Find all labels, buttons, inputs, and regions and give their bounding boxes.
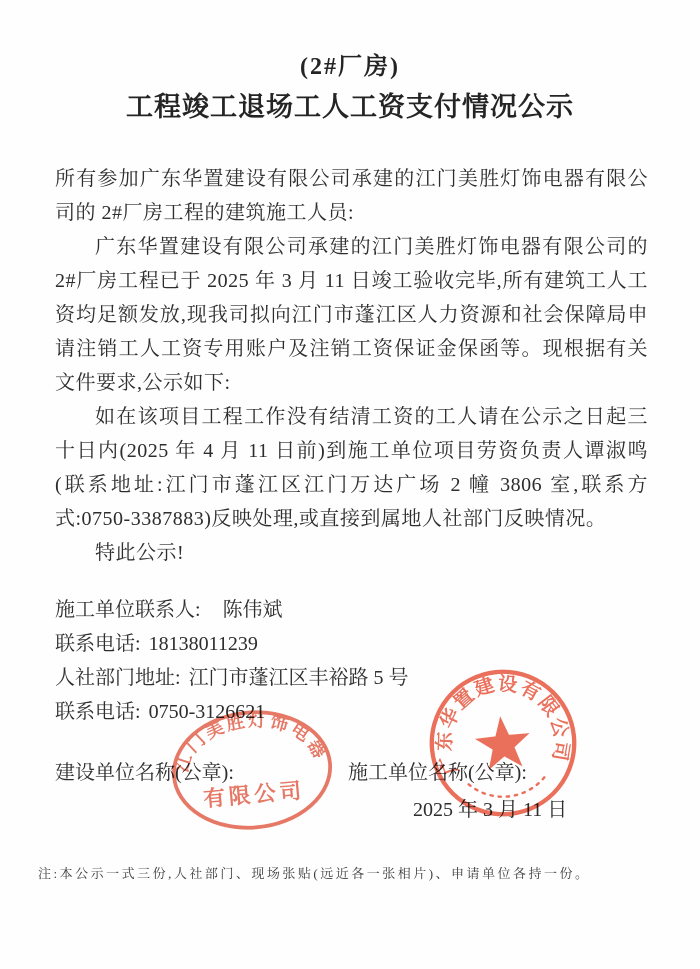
hr-bureau-phone-line: 联系电话:0750-3126621 bbox=[55, 695, 648, 729]
contractor-signature-label: 施工单位名称(公章): bbox=[348, 759, 648, 787]
notice-document: (2#厂房) 工程竣工退场工人工资支付情况公示 所有参加广东华置建设有限公司承建… bbox=[0, 0, 700, 969]
signature-row: 建设单位名称(公章): 施工单位名称(公章): bbox=[55, 759, 648, 787]
contact-person-label: 施工单位联系人: bbox=[55, 599, 201, 621]
contact-block: 施工单位联系人:陈伟斌 联系电话:18138011239 人社部门地址:江门市蓬… bbox=[55, 593, 648, 729]
footnote: 注:本公示一式三份,人社部门、现场张贴(远近各一张相片)、申请单位各持一份。 bbox=[38, 863, 670, 882]
notice-body: 所有参加广东华置建设有限公司承建的江门美胜灯饰电器有限公司的 2#厂房工程的建筑… bbox=[55, 162, 648, 570]
paragraph-claim-instructions: 如在该项目工程工作没有结清工资的工人请在公示之日起三十日内(2025 年 4 月… bbox=[55, 400, 648, 536]
page-title: 工程竣工退场工人工资支付情况公示 bbox=[0, 86, 700, 128]
contact-phone-label: 联系电话: bbox=[55, 633, 141, 655]
paragraph-closing: 特此公示! bbox=[55, 536, 648, 570]
paragraph-completion-statement: 广东华置建设有限公司承建的江门美胜灯饰电器有限公司的 2#厂房工程已于 2025… bbox=[55, 230, 648, 400]
paragraph-addressees: 所有参加广东华置建设有限公司承建的江门美胜灯饰电器有限公司的 2#厂房工程的建筑… bbox=[55, 162, 648, 230]
contact-phone-number: 18138011239 bbox=[149, 633, 258, 655]
contact-phone-line: 联系电话:18138011239 bbox=[55, 627, 648, 661]
hr-bureau-phone-number: 0750-3126621 bbox=[149, 701, 266, 723]
hr-bureau-address-line: 人社部门地址:江门市蓬江区丰裕路 5 号 bbox=[55, 661, 648, 695]
title-subline: (2#厂房) bbox=[0, 48, 700, 86]
hr-bureau-phone-label: 联系电话: bbox=[55, 701, 141, 723]
contact-person-line: 施工单位联系人:陈伟斌 bbox=[55, 593, 648, 627]
hr-bureau-address: 江门市蓬江区丰裕路 5 号 bbox=[189, 667, 409, 689]
owner-signature-label: 建设单位名称(公章): bbox=[55, 759, 348, 787]
document-title: (2#厂房) 工程竣工退场工人工资支付情况公示 bbox=[0, 0, 700, 128]
hr-bureau-address-label: 人社部门地址: bbox=[55, 667, 181, 689]
signature-date: 2025 年 3 月 11 日 bbox=[413, 795, 700, 825]
contact-person-name: 陈伟斌 bbox=[223, 599, 283, 621]
